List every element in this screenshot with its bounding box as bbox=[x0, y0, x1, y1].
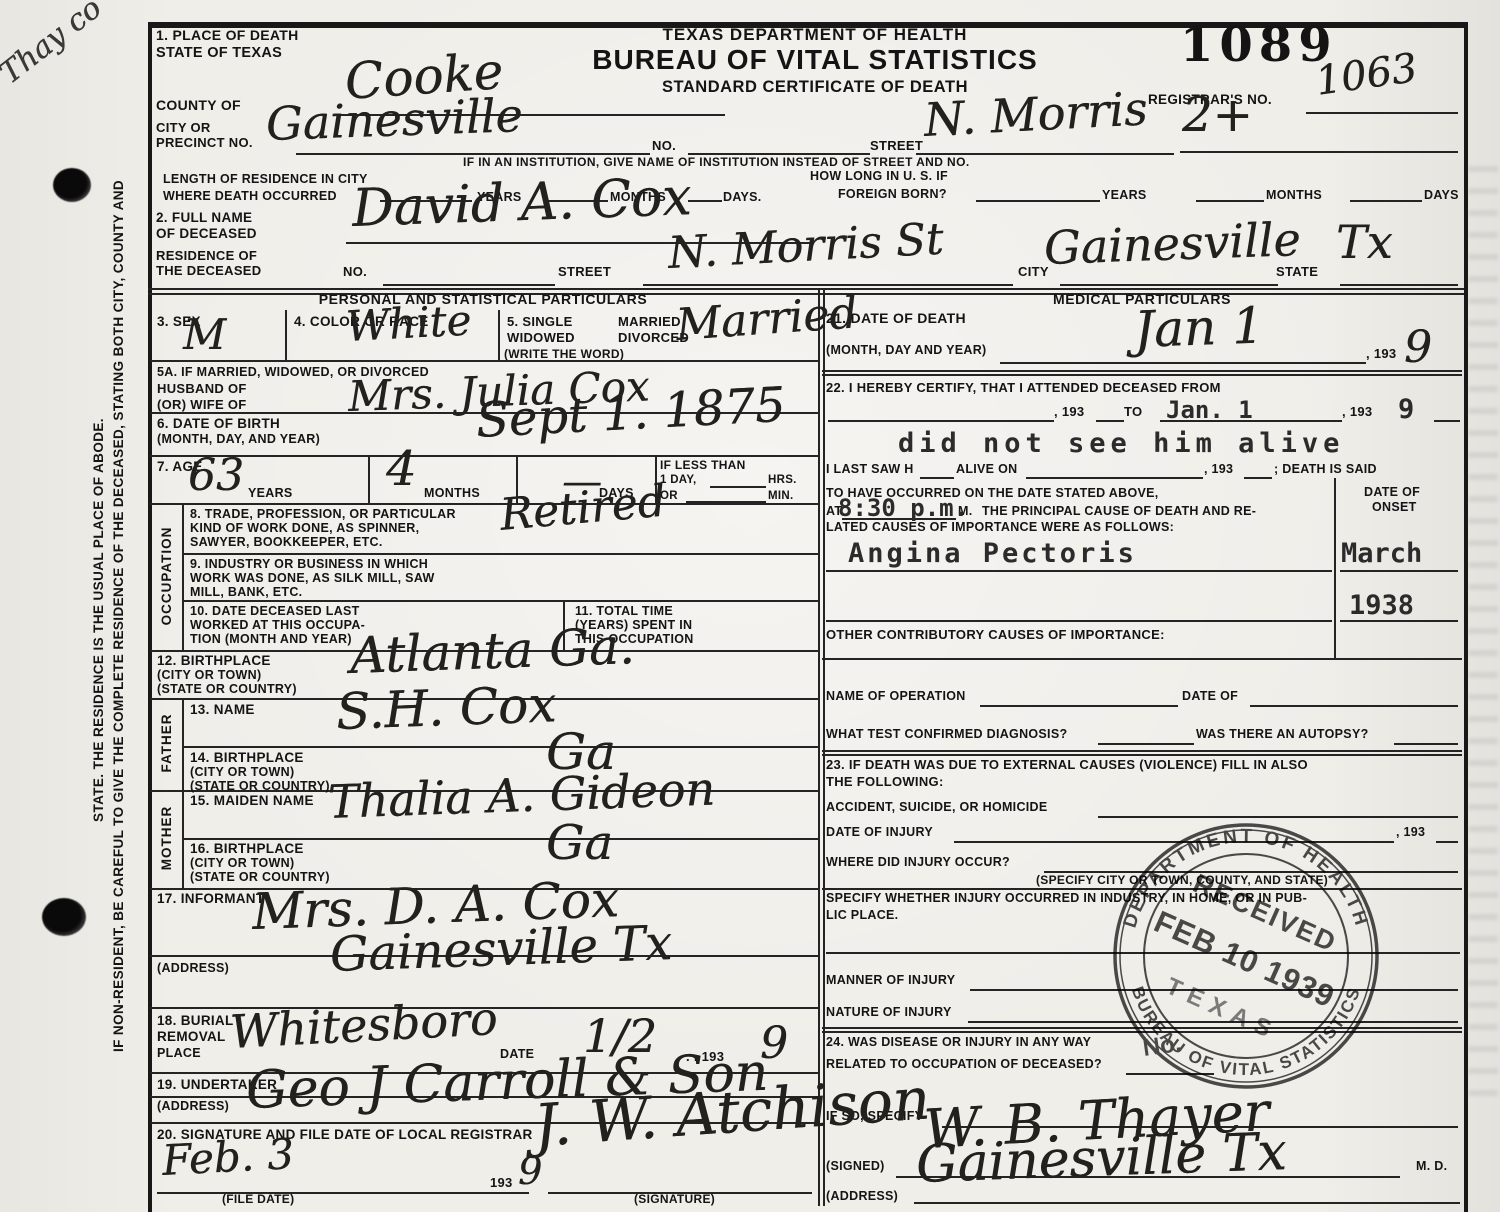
lastworked-label1: 10. DATE DECEASED LAST bbox=[190, 605, 360, 618]
divider bbox=[368, 455, 370, 503]
manner-label: MANNER OF INJURY bbox=[826, 974, 955, 987]
birthplace-label1: 12. BIRTHPLACE bbox=[157, 654, 271, 668]
res-no-label: NO. bbox=[343, 265, 367, 279]
age-years-label: YEARS bbox=[248, 487, 293, 500]
burial-label2: REMOVAL bbox=[157, 1030, 226, 1044]
dod-sub: (MONTH, DAY AND YEAR) bbox=[826, 344, 986, 357]
rule bbox=[148, 288, 1464, 290]
age-min: MIN. bbox=[768, 490, 793, 502]
rule bbox=[822, 374, 1462, 376]
mother-bp-value: Ga bbox=[546, 822, 613, 865]
street-label: STREET bbox=[870, 139, 923, 153]
totaltime-label1: 11. TOTAL TIME bbox=[575, 605, 673, 618]
street-extra: 2+ bbox=[1182, 94, 1253, 137]
rule bbox=[182, 746, 818, 748]
residence-label1: RESIDENCE OF bbox=[156, 249, 257, 263]
mother-name-label: 15. MAIDEN NAME bbox=[190, 794, 314, 808]
residence-length-1: LENGTH OF RESIDENCE IN CITY bbox=[163, 173, 368, 186]
us-length-2: FOREIGN BORN? bbox=[838, 188, 947, 201]
signature-caption: (SIGNATURE) bbox=[634, 1193, 715, 1206]
rule bbox=[686, 501, 766, 503]
rule bbox=[1434, 420, 1460, 422]
divider bbox=[1334, 478, 1336, 658]
age-months-label: MONTHS bbox=[424, 487, 480, 500]
informant-label: 17. INFORMANT bbox=[157, 892, 264, 906]
rule bbox=[643, 284, 1013, 286]
rule bbox=[826, 570, 1332, 572]
informant-addr-label: (ADDRESS) bbox=[157, 962, 229, 975]
rule bbox=[1394, 743, 1458, 745]
rule bbox=[1340, 570, 1458, 572]
injury-date-label: DATE OF INJURY bbox=[826, 826, 933, 839]
marital-label2: MARRIED bbox=[618, 315, 681, 329]
age-years-value: 63 bbox=[188, 456, 244, 496]
rule bbox=[182, 838, 818, 840]
spouse-label2: HUSBAND OF bbox=[157, 382, 247, 396]
marital-label3: WIDOWED bbox=[507, 331, 575, 345]
father-bp-label1: 14. BIRTHPLACE bbox=[190, 751, 304, 765]
fullname-label1: 2. FULL NAME bbox=[156, 211, 252, 225]
dob-value: Sept 1. 1875 bbox=[475, 384, 787, 443]
rule bbox=[1026, 477, 1203, 479]
rule bbox=[150, 455, 818, 457]
dob-label1: 6. DATE OF BIRTH bbox=[157, 417, 280, 431]
occurred-time-value: 8:30 p.m. bbox=[838, 494, 968, 522]
burial-label1: 18. BURIAL bbox=[157, 1014, 234, 1028]
months-2: MONTHS bbox=[1266, 189, 1322, 202]
trade-label1: 8. TRADE, PROFESSION, OR PARTICULAR bbox=[190, 508, 456, 521]
informant-addr-value: Gainesville Tx bbox=[329, 922, 672, 977]
note: Thay co bbox=[0, 0, 106, 88]
file-date-value: Feb. 3 bbox=[161, 1135, 295, 1180]
file-date-caption: (FILE DATE) bbox=[222, 1193, 294, 1206]
res-street-label: STREET bbox=[558, 265, 611, 279]
father-name-value: S.H. Cox bbox=[335, 682, 557, 735]
years-2: YEARS bbox=[1102, 189, 1147, 202]
mother-bp-label2: (CITY OR TOWN) bbox=[190, 857, 294, 870]
external-label1: 23. IF DEATH WAS DUE TO EXTERNAL CAUSES … bbox=[826, 758, 1308, 772]
vertical-line1: IF NON-RESIDENT, BE CAREFUL TO GIVE THE … bbox=[112, 36, 126, 1196]
dod-year-printed: , 193 bbox=[1366, 347, 1396, 361]
trade-label2: KIND OF WORK DONE, AS SPINNER, bbox=[190, 522, 419, 535]
rule bbox=[976, 200, 1100, 202]
divider bbox=[182, 503, 184, 650]
injury-where-label: WHERE DID INJURY OCCUR? bbox=[826, 856, 1010, 869]
rule bbox=[182, 553, 818, 555]
industry-label1: 9. INDUSTRY OR BUSINESS IN WHICH bbox=[190, 558, 428, 571]
marital-value: Married bbox=[675, 293, 859, 345]
vertical-line2: STATE. THE RESIDENCE IS THE USUAL PLACE … bbox=[92, 320, 106, 920]
city-value: Gainesville bbox=[265, 95, 523, 145]
street-value: N. Morris bbox=[923, 88, 1149, 141]
residence-length-2: WHERE DEATH OCCURRED bbox=[163, 190, 337, 203]
days-1: DAYS. bbox=[723, 191, 762, 204]
not-seen-value: did not see him alive bbox=[898, 428, 1344, 459]
operation-label: NAME OF OPERATION bbox=[826, 690, 966, 703]
certify-to-value: Jan. 1 bbox=[1166, 396, 1253, 424]
age-less1: IF LESS THAN bbox=[660, 459, 746, 472]
certify-to: TO bbox=[1124, 405, 1142, 419]
burial-label3: PLACE bbox=[157, 1047, 201, 1060]
industry-label3: MILL, BANK, ETC. bbox=[190, 586, 302, 599]
mother-bp-label1: 16. BIRTHPLACE bbox=[190, 842, 304, 856]
rule bbox=[1340, 284, 1458, 286]
rule bbox=[822, 658, 1462, 660]
onset-label1: DATE OF bbox=[1364, 486, 1420, 499]
occurred-label2: THE PRINCIPAL CAUSE OF DEATH AND RE- bbox=[982, 505, 1256, 518]
divider bbox=[182, 790, 184, 888]
race-value: White bbox=[345, 301, 472, 345]
lastsaw-label2: ALIVE ON bbox=[956, 463, 1017, 476]
stamp-no-label: No. bbox=[1141, 1030, 1183, 1062]
trade-value: Retired bbox=[498, 482, 667, 536]
rule bbox=[1000, 362, 1366, 364]
dept: TEXAS DEPARTMENT OF HEALTH bbox=[585, 26, 1045, 44]
rule bbox=[822, 370, 1462, 372]
divider bbox=[818, 288, 820, 1206]
rule bbox=[1306, 112, 1458, 114]
file-year-printed: 193 bbox=[490, 1176, 513, 1190]
rule bbox=[822, 750, 1462, 752]
lastworked-label2: WORKED AT THIS OCCUPA- bbox=[190, 619, 365, 632]
age-hrs: HRS. bbox=[768, 474, 797, 486]
birthplace-value: Atlanta Ga. bbox=[349, 624, 635, 679]
county-label: COUNTY OF bbox=[156, 98, 241, 113]
rule bbox=[182, 600, 818, 602]
rule bbox=[914, 1202, 1460, 1204]
birthplace-label2: (CITY OR TOWN) bbox=[157, 669, 261, 682]
accident-label: ACCIDENT, SUICIDE, OR HOMICIDE bbox=[826, 801, 1048, 814]
divider bbox=[182, 698, 184, 790]
injury-specify2: LIC PLACE. bbox=[826, 909, 898, 922]
onset-year: 1938 bbox=[1349, 590, 1414, 621]
mother-name-value: Thalia A. Gideon bbox=[327, 769, 715, 824]
fullname-label2: OF DECEASED bbox=[156, 227, 257, 241]
res-state-value: Tx bbox=[1336, 222, 1393, 263]
lastsaw-label3: , 193 bbox=[1204, 463, 1233, 476]
cause-value: Angina Pectoris bbox=[848, 538, 1137, 569]
rule bbox=[822, 754, 1462, 756]
dob-label2: (MONTH, DAY, AND YEAR) bbox=[157, 433, 320, 446]
rule bbox=[1350, 200, 1422, 202]
marital-label5: (WRITE THE WORD) bbox=[504, 348, 624, 361]
place-label: 1. PLACE OF DEATH bbox=[156, 28, 299, 43]
occupation-vertical: OCCUPATION bbox=[160, 506, 174, 646]
mother-vertical: MOTHER bbox=[160, 792, 174, 884]
occurred-label3: LATED CAUSES OF IMPORTANCE WERE AS FOLLO… bbox=[826, 521, 1174, 534]
certify-year-value: 9 bbox=[1398, 394, 1414, 425]
nature-label: NATURE OF INJURY bbox=[826, 1006, 952, 1019]
divider bbox=[285, 310, 287, 360]
age-less2: 1 DAY, bbox=[660, 474, 697, 486]
age-months-value: 4 bbox=[386, 448, 417, 491]
res-city-value: Gainesville bbox=[1043, 219, 1301, 269]
onset-label2: ONSET bbox=[1372, 501, 1417, 514]
received-stamp-icon: DEPARTMENT OF HEALTH BUREAU OF VITAL STA… bbox=[1106, 816, 1386, 1096]
rule bbox=[688, 200, 722, 202]
burial-place-value: Whitesboro bbox=[229, 998, 499, 1053]
rule bbox=[150, 360, 818, 362]
scanned-death-certificate: DEPARTMENT OF HEALTH BUREAU OF VITAL STA… bbox=[0, 0, 1500, 1212]
trade-label3: SAWYER, BOOKKEEPER, ETC. bbox=[190, 536, 383, 549]
sex-value: M bbox=[183, 316, 226, 354]
father-vertical: FATHER bbox=[160, 700, 174, 786]
autopsy-label: WAS THERE AN AUTOPSY? bbox=[1196, 728, 1369, 741]
fullname-value: David A. Cox bbox=[351, 174, 692, 233]
rule bbox=[1250, 705, 1458, 707]
birthplace-label3: (STATE OR COUNTRY) bbox=[157, 683, 297, 696]
addr-label: (ADDRESS) bbox=[826, 1190, 898, 1203]
rule bbox=[1060, 284, 1278, 286]
father-name-label: 13. NAME bbox=[190, 703, 255, 717]
bleed-through-smudge bbox=[1468, 150, 1498, 1100]
residence-label2: THE DECEASED bbox=[156, 264, 261, 278]
related-label1: 24. WAS DISEASE OR INJURY IN ANY WAY bbox=[826, 1036, 1091, 1049]
rule bbox=[980, 705, 1178, 707]
industry-label2: WORK WAS DONE, AS SILK MILL, SAW bbox=[190, 572, 435, 585]
spouse-label3: (OR) WIFE OF bbox=[157, 398, 247, 412]
test-label: WHAT TEST CONFIRMED DIAGNOSIS? bbox=[826, 728, 1067, 741]
divider bbox=[498, 310, 500, 360]
rule bbox=[383, 284, 555, 286]
father-bp-label2: (CITY OR TOWN) bbox=[190, 766, 294, 779]
rule bbox=[1096, 420, 1124, 422]
signed-label: (SIGNED) bbox=[826, 1160, 885, 1173]
certify-year: , 193 bbox=[1342, 405, 1372, 419]
institution-note: IF IN AN INSTITUTION, GIVE NAME OF INSTI… bbox=[463, 156, 970, 169]
res-street-value: N. Morris St bbox=[667, 220, 944, 274]
injury-date-193: , 193 bbox=[1396, 826, 1425, 839]
certify-193: , 193 bbox=[1054, 405, 1084, 419]
city-label1: CITY OR bbox=[156, 121, 211, 135]
bureau: BUREAU OF VITAL STATISTICS bbox=[550, 45, 1080, 74]
md-label: M. D. bbox=[1416, 1160, 1447, 1173]
rule bbox=[920, 477, 954, 479]
onset-month: March bbox=[1341, 538, 1422, 569]
rule bbox=[710, 486, 766, 488]
us-length-1: HOW LONG IN U. S. IF bbox=[810, 170, 948, 183]
lastsaw-label1: I LAST SAW H bbox=[826, 463, 914, 476]
operation-date-label: DATE OF bbox=[1182, 690, 1238, 703]
addr-value: Gainesville Tx bbox=[915, 1129, 1287, 1189]
rule bbox=[157, 1192, 529, 1194]
dod-year-value: 9 bbox=[1404, 328, 1432, 368]
dod-value: Jan 1 bbox=[1133, 303, 1264, 353]
undertaker-addr-label: (ADDRESS) bbox=[157, 1100, 229, 1113]
rule bbox=[1244, 477, 1272, 479]
hole-punch-top bbox=[53, 168, 91, 202]
rule bbox=[826, 620, 1332, 622]
marital-label1: 5. SINGLE bbox=[507, 315, 573, 329]
hole-punch-bottom bbox=[42, 898, 86, 936]
rule bbox=[150, 503, 818, 505]
father-bp-label3: (STATE OR COUNTRY) bbox=[190, 780, 330, 793]
state-label: STATE OF TEXAS bbox=[156, 46, 282, 61]
rule bbox=[1196, 200, 1264, 202]
divider bbox=[823, 288, 825, 1206]
certify-label: 22. I HEREBY CERTIFY, THAT I ATTENDED DE… bbox=[826, 381, 1221, 395]
days-2: DAYS bbox=[1424, 189, 1459, 202]
no-label: NO. bbox=[652, 139, 676, 153]
rule bbox=[1436, 841, 1458, 843]
rule bbox=[1180, 151, 1458, 153]
external-label2: THE FOLLOWING: bbox=[826, 775, 944, 789]
rule bbox=[1098, 743, 1194, 745]
res-state-label: STATE bbox=[1276, 265, 1318, 279]
lastworked-label3: TION (MONTH AND YEAR) bbox=[190, 633, 352, 646]
rule bbox=[828, 420, 1054, 422]
lastsaw-label4: ; DEATH IS SAID bbox=[1274, 463, 1377, 476]
contributory-label: OTHER CONTRIBUTORY CAUSES OF IMPORTANCE: bbox=[826, 628, 1165, 642]
city-label2: PRECINCT NO. bbox=[156, 136, 253, 150]
registrar-no: 1063 bbox=[1313, 50, 1419, 100]
